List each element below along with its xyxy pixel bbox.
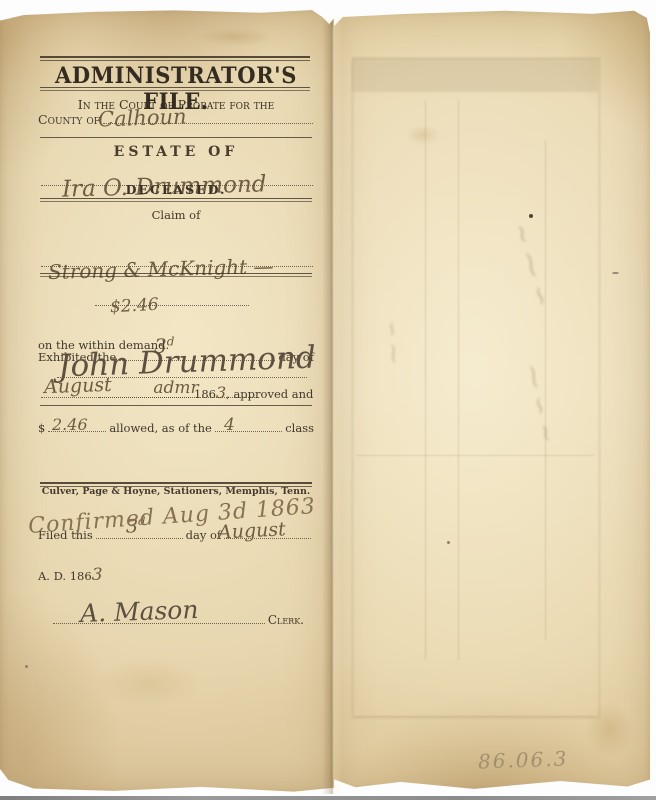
clerk-line: Clerk. A. Mason — [50, 613, 304, 627]
title-under-rule — [40, 87, 310, 91]
ink-speck — [25, 665, 28, 668]
class-handwritten: 4 — [224, 415, 235, 435]
section-rule — [40, 137, 312, 138]
dotted-line — [99, 396, 259, 398]
county-handwritten: Calhoun — [98, 104, 187, 131]
county-label: County of — [38, 112, 100, 127]
fold-crease — [322, 8, 342, 794]
bleedthrough-line — [356, 455, 594, 456]
claim-amount-line: $2.46 — [92, 304, 252, 318]
allowed-amount-handwritten: 2.46 — [52, 415, 88, 434]
claim-amount-handwritten: $2.46 — [110, 295, 160, 318]
top-rule — [40, 56, 310, 61]
ink-speck — [447, 541, 450, 544]
ink-speck — [529, 214, 533, 218]
ad-printed: A. D. 186 — [38, 569, 92, 583]
scan-edge-strip — [0, 796, 656, 800]
bleedthrough-line — [356, 716, 594, 717]
claim-of-label: Claim of — [36, 208, 316, 222]
section-rule — [40, 198, 312, 202]
county-line: County of Calhoun — [38, 112, 316, 132]
deceased-label: DECEASED. — [36, 182, 316, 197]
ink-speck — [612, 272, 619, 274]
dollar-sign: $ — [38, 421, 45, 435]
administrators-file-form: ADMINISTRATOR'S FILE. In the Court of Pr… — [36, 52, 324, 215]
right-page-paper — [330, 10, 650, 792]
bleedthrough-script: ∽ ⁓ — [380, 320, 407, 365]
allowed-text: allowed, as of the — [109, 421, 212, 435]
printer-line: Culver, Page & Hoyne, Stationers, Memphi… — [36, 486, 316, 497]
scanned-document: ~ ⁓ ∽ ⁓ ∽ ~ ∽ ⁓ ADMINISTRATOR'S FILE. In… — [0, 0, 656, 800]
claimant-handwritten: Strong & McKnight — — [48, 254, 274, 284]
exhibited-line-3: $ allowed, as of the class 2.46 4 — [38, 421, 314, 435]
clerk-label: Clerk. — [268, 613, 304, 627]
section-rule — [40, 273, 312, 277]
clerk-signature: A. Mason — [80, 595, 199, 628]
filed-middle: day of — [186, 528, 222, 542]
ad-year-line: A. D. 186 3 — [38, 565, 158, 585]
bleedthrough-line — [458, 100, 459, 660]
class-text: class — [285, 421, 314, 435]
section-rule — [40, 405, 312, 406]
ad-year-handwritten: 3 — [92, 565, 103, 585]
bleedthrough-line — [425, 100, 426, 660]
estate-heading: ESTATE OF — [36, 144, 316, 160]
catalog-number-pencil: 86.06.3 — [478, 746, 569, 773]
